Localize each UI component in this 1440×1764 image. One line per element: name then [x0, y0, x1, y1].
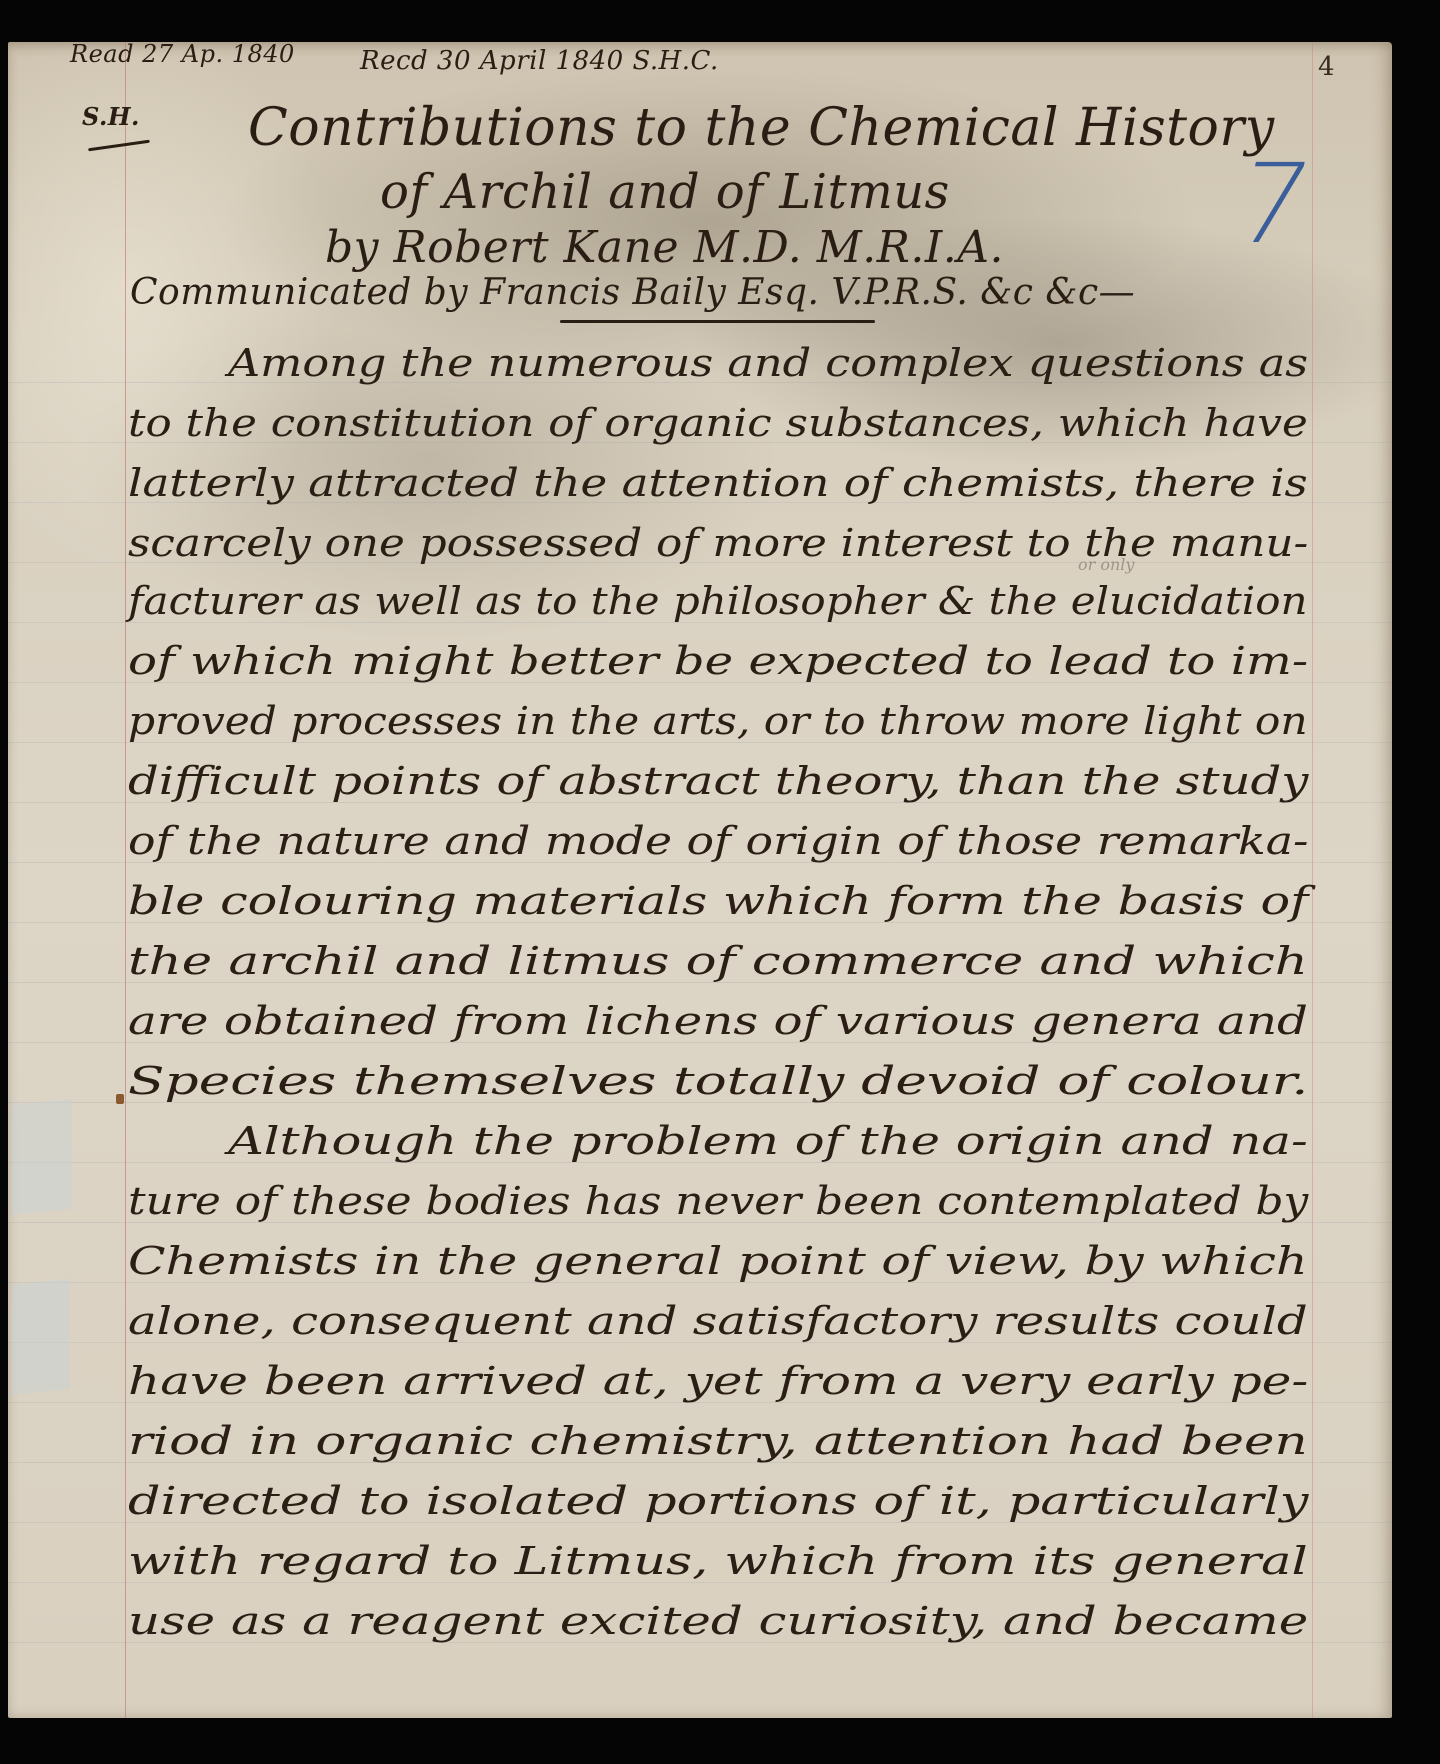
body-line: have been arrived at, yet from a very ea…: [128, 1362, 1440, 1400]
body-line: the archil and litmus of commerce and wh…: [128, 942, 1440, 980]
body-line: difficult points of abstract theory, tha…: [128, 762, 1440, 800]
body-line: with regard to Litmus, which from its ge…: [128, 1542, 1440, 1580]
title-line-1: Contributions to the Chemical History: [248, 98, 1275, 158]
body-line: directed to isolated portions of it, par…: [128, 1482, 1440, 1520]
received-note: Read 27 Ap. 1840: [70, 40, 295, 68]
body-line: Species themselves totally devoid of col…: [128, 1062, 1440, 1100]
tape-repair: [12, 1099, 72, 1215]
recorded-note: Recd 30 April 1840 S.H.C.: [360, 46, 719, 76]
body-line: alone, consequent and satisfactory resul…: [128, 1302, 1440, 1340]
body-line: ble colouring materials which form the b…: [128, 882, 1440, 920]
body-line: ture of these bodies has never been cont…: [128, 1182, 1440, 1220]
communicated-line: Communicated by Francis Baily Esq. V.P.R…: [130, 272, 1135, 313]
body-line: proved processes in the arts, or to thro…: [128, 702, 1440, 740]
body-line: Among the numerous and complex questions…: [228, 344, 1440, 382]
body-line: to the constitution of organic substance…: [128, 404, 1440, 442]
body-line: use as a reagent excited curiosity, and …: [128, 1602, 1440, 1640]
body-line: latterly attracted the attention of chem…: [128, 464, 1440, 502]
body-line: Chemists in the general point of view, b…: [128, 1242, 1440, 1280]
right-margin-rule: [1312, 42, 1313, 1718]
body-line: scarcely one possessed of more interest …: [128, 524, 1440, 562]
communicated-underline: [560, 320, 875, 323]
body-line: riod in organic chemistry, attention had…: [128, 1422, 1440, 1460]
initials-note: S.H.: [82, 102, 140, 131]
body-line: of the nature and mode of origin of thos…: [128, 822, 1440, 860]
tape-repair: [12, 1279, 70, 1395]
author-line: by Robert Kane M.D. M.R.I.A.: [325, 222, 1004, 273]
folio-number: 4: [1318, 52, 1335, 82]
body-line: Although the problem of the origin and n…: [228, 1122, 1440, 1160]
body-line: facturer as well as to the philosopher &…: [128, 582, 1432, 620]
body-line: are obtained from lichens of various gen…: [128, 1002, 1440, 1040]
body-line: of which might better be expected to lea…: [128, 642, 1440, 680]
ink-stain: [116, 1094, 124, 1104]
title-line-2: of Archil and of Litmus: [380, 164, 950, 220]
left-margin-rule: [125, 42, 126, 1718]
